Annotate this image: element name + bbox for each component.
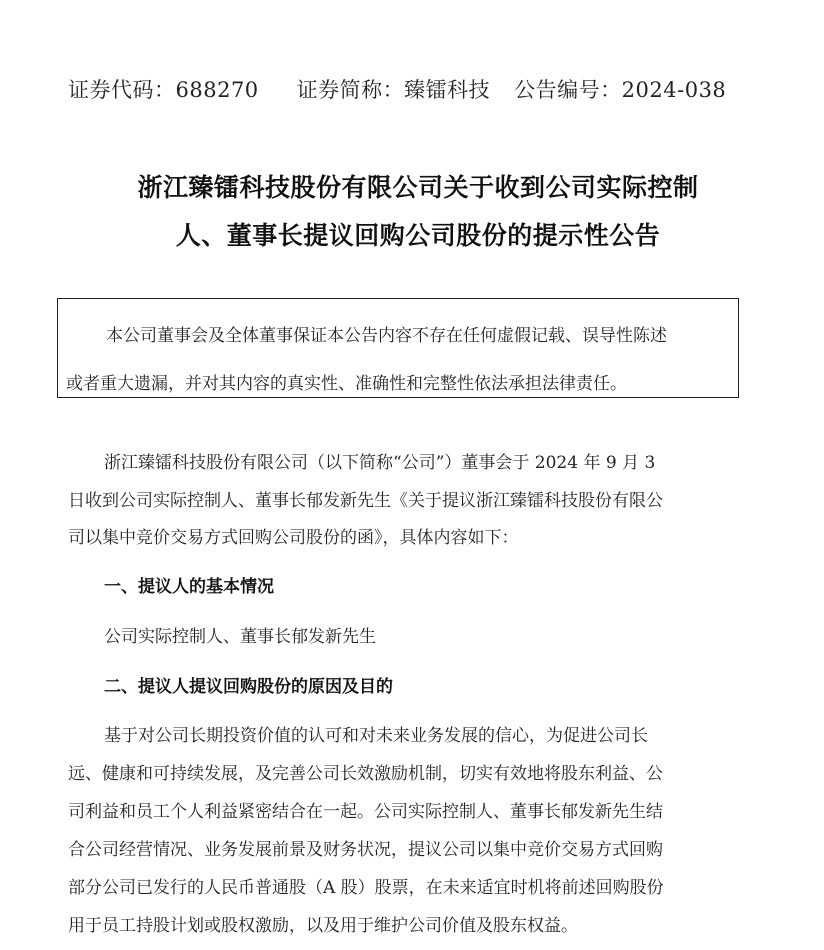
document-title-line-2: 人、董事长提议回购公司股份的提示性公告: [60, 216, 776, 252]
section-2-line-2: 远、健康和可持续发展，及完善公司长效激励机制，切实有效地将股东利益、公: [68, 759, 663, 784]
section-heading-2: 二、提议人提议回购股份的原因及目的: [104, 672, 393, 697]
section-2-line-5: 部分公司已发行的人民币普通股（A 股）股票，在未来适宜时机将前述回购股份: [68, 873, 664, 898]
section-heading-1: 一、提议人的基本情况: [104, 572, 274, 597]
section-1-line-1: 公司实际控制人、董事长郁发新先生: [104, 622, 376, 647]
intro-line-2: 日收到公司实际控制人、董事长郁发新先生《关于提议浙江臻镭科技股份有限公: [68, 486, 663, 511]
section-2-line-6: 用于员工持股计划或股权激励，以及用于维护公司价值及股东权益。: [68, 911, 578, 936]
stock-code: 证券代码：688270: [68, 74, 259, 104]
section-2-line-3: 司利益和员工个人利益紧密结合在一起。公司实际控制人、董事长郁发新先生结: [68, 797, 663, 822]
document-title-line-1: 浙江臻镭科技股份有限公司关于收到公司实际控制: [60, 168, 776, 204]
disclaimer-line-1: 本公司董事会及全体董事保证本公告内容不存在任何虚假记载、误导性陈述: [106, 321, 667, 346]
intro-line-3: 司以集中竞价交易方式回购公司股份的函》，具体内容如下：: [68, 523, 519, 548]
disclaimer-line-2: 或者重大遗漏，并对其内容的真实性、准确性和完整性依法承担法律责任。: [66, 369, 627, 394]
announcement-header: 证券代码：688270证券简称：臻镭科技公告编号：2024-038: [68, 74, 726, 104]
announcement-number: 公告编号：2024-038: [514, 74, 726, 104]
section-2-line-4: 合公司经营情况、业务发展前景及财务状况，提议公司以集中竞价交易方式回购: [68, 835, 663, 860]
intro-line-1: 浙江臻镭科技股份有限公司（以下简称“公司”）董事会于 2024 年 9 月 3: [104, 448, 655, 473]
disclaimer-box: 本公司董事会及全体董事保证本公告内容不存在任何虚假记载、误导性陈述 或者重大遗漏…: [57, 298, 739, 398]
stock-name: 证券简称：臻镭科技: [297, 74, 491, 104]
section-2-line-1: 基于对公司长期投资价值的认可和对未来业务发展的信心，为促进公司长: [104, 721, 648, 746]
